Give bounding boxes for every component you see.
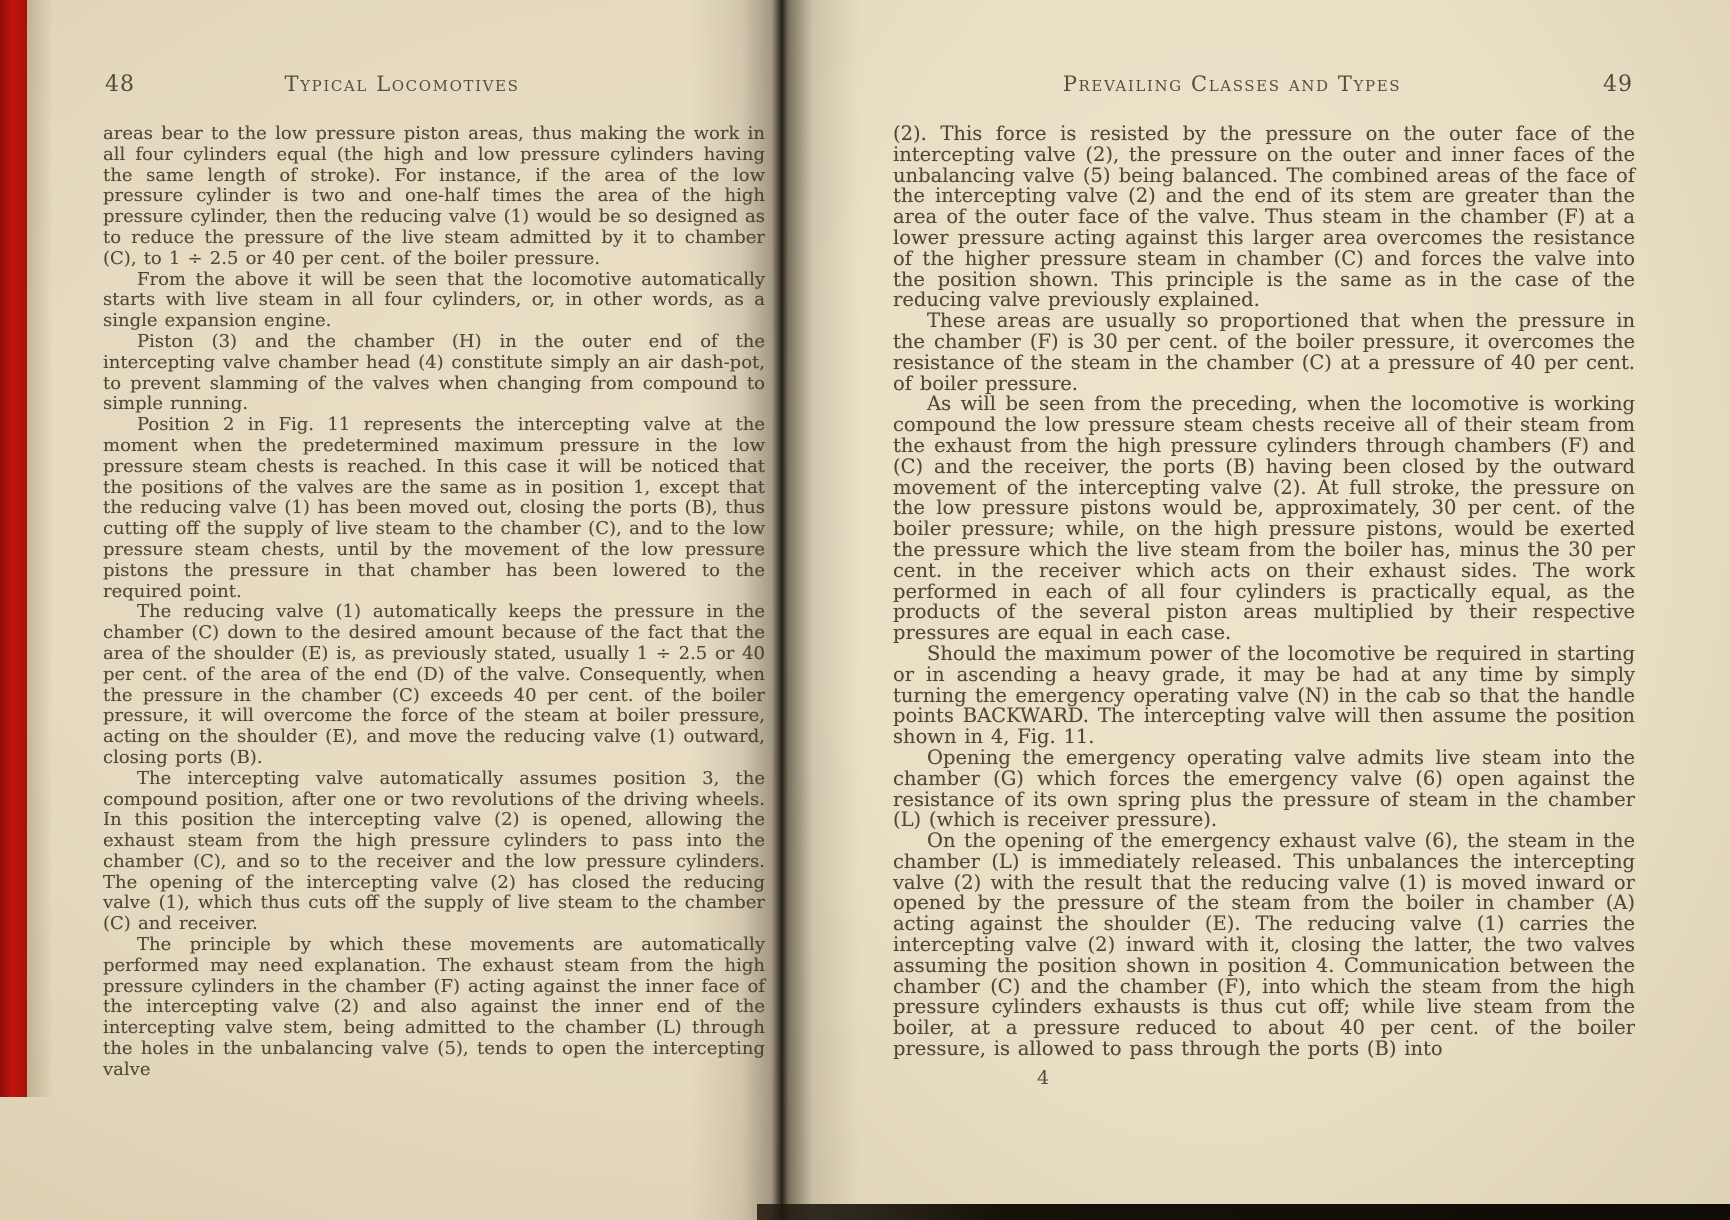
paragraph: The intercepting valve automatically ass… [103,769,765,935]
paragraph: (2). This force is resisted by the press… [893,124,1635,311]
paragraph: Position 2 in Fig. 11 represents the int… [103,415,765,602]
book-gutter-shadow [690,0,860,1220]
book-scan-photo: 48 Typical Locomotives areas bear to the… [0,0,1730,1220]
paragraph: The reducing valve (1) automatically kee… [103,602,765,768]
page-number-right: 49 [1603,72,1633,97]
running-head-left: 48 Typical Locomotives [103,72,765,98]
body-text-left: areas bear to the low pressure piston ar… [103,124,765,1081]
signature-mark: 4 [893,1067,1635,1089]
paragraph: From the above it will be seen that the … [103,270,765,332]
page-49: Prevailing Classes and Types 49 (2). Thi… [893,72,1635,1089]
paragraph: As will be seen from the preceding, when… [893,394,1635,644]
running-head-title-left: Typical Locomotives [71,72,733,96]
body-text-right: (2). This force is resisted by the press… [893,124,1635,1060]
paragraph: Should the maximum power of the locomoti… [893,644,1635,748]
left-page-edge-shadow [27,0,53,1097]
paragraph: These areas are usually so proportioned … [893,311,1635,394]
page-48: 48 Typical Locomotives areas bear to the… [103,72,765,1081]
running-head-title-right: Prevailing Classes and Types [861,72,1603,96]
red-cover-edge [0,0,27,1097]
running-head-right: Prevailing Classes and Types 49 [893,72,1635,98]
scan-background-bottom [757,1204,1730,1220]
paragraph: areas bear to the low pressure piston ar… [103,124,765,270]
paragraph: Opening the emergency operating valve ad… [893,748,1635,831]
paragraph: The principle by which these movements a… [103,935,765,1081]
paragraph: Piston (3) and the chamber (H) in the ou… [103,332,765,415]
paragraph: On the opening of the emergency exhaust … [893,831,1635,1060]
